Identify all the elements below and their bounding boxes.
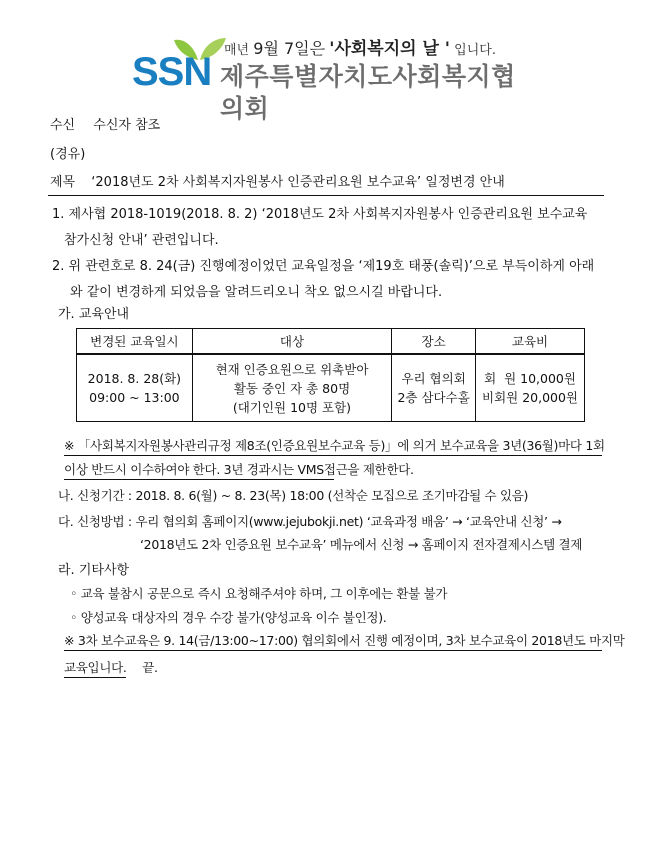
header-place: 장소 bbox=[392, 329, 476, 355]
ssn-logo: SSN bbox=[132, 52, 211, 92]
date-line: 2018. 8. 28(화) bbox=[77, 369, 192, 388]
time-line: 09:00 ~ 13:00 bbox=[77, 388, 192, 407]
organization-name: 제주특별자치도사회복지협의회 bbox=[220, 61, 528, 125]
notice-1-underline-1 bbox=[64, 455, 602, 456]
bullet-training: ◦ 양성교육 대상자의 경우 수강 불가(양성교육 이수 불인정). bbox=[70, 609, 386, 627]
target-line-3: (대기인원 10명 포함) bbox=[193, 398, 391, 417]
notice-1-line-2: 이상 반드시 이수하여야 한다. 3년 경과시는 VMS접근을 제한한다. bbox=[64, 461, 414, 479]
bullet-refund: ◦ 교육 불참시 공문으로 즉시 요청해주셔야 하며, 그 이후에는 환불 불가 bbox=[70, 585, 447, 603]
section-da-method-line-1: 다. 신청방법 : 우리 협의회 홈페이지(www.jejubokji.net)… bbox=[58, 513, 562, 531]
header-date: 변경된 교육일시 bbox=[77, 329, 193, 355]
paragraph-2-line-2: 와 같이 변경하게 되었음을 알려드리오니 착오 없으시길 바랍니다. bbox=[70, 284, 442, 302]
education-info-table: 변경된 교육일시 대상 장소 교육비 2018. 8. 28(화) 09:00 … bbox=[76, 328, 585, 422]
notice-1-line-1: ※ 「사회복지자원봉사관리규정 제8조(인증요원보수교육 등)」에 의거 보수교… bbox=[64, 437, 605, 455]
notice-2-closing: 교육입니다. bbox=[64, 660, 127, 675]
slogan-date: 9월 7일은 bbox=[253, 39, 325, 58]
notice-1-underline-2 bbox=[64, 479, 334, 480]
header-target: 대상 bbox=[192, 329, 391, 355]
slogan-highlight: '사회복지의 날 ' bbox=[329, 39, 450, 59]
fee-nonmember: 비회원 20,000원 bbox=[476, 388, 584, 407]
notice-2-underline-1 bbox=[64, 650, 602, 651]
via-line: (경유) bbox=[50, 146, 85, 164]
place-line-2: 2층 삼다수홀 bbox=[392, 388, 475, 407]
cell-fee: 회 원 10,000원 비회원 20,000원 bbox=[476, 354, 585, 422]
slogan: 매년 9월 7일은 '사회복지의 날 ' 입니다. bbox=[224, 38, 496, 62]
place-line-1: 우리 협의회 bbox=[392, 369, 475, 388]
cell-date: 2018. 8. 28(화) 09:00 ~ 13:00 bbox=[77, 354, 193, 422]
header-fee: 교육비 bbox=[476, 329, 585, 355]
target-line-2: 활동 중인 자 총 80명 bbox=[193, 379, 391, 398]
slogan-prefix: 매년 bbox=[224, 43, 249, 58]
subject-value: ‘2018년도 2차 사회복지자원봉사 인증관리요원 보수교육’ 일정변경 안내 bbox=[91, 175, 504, 190]
notice-2-line-2: 교육입니다. 끝. bbox=[64, 659, 158, 677]
table-header-row: 변경된 교육일시 대상 장소 교육비 bbox=[77, 329, 585, 355]
cell-target: 현재 인증요원으로 위촉받아 활동 중인 자 총 80명 (대기인원 10명 포… bbox=[192, 354, 391, 422]
subject-line: 제목 ‘2018년도 2차 사회복지자원봉사 인증관리요원 보수교육’ 일정변경… bbox=[50, 174, 505, 192]
table-row: 2018. 8. 28(화) 09:00 ~ 13:00 현재 인증요원으로 위… bbox=[77, 354, 585, 422]
letterhead: SSN 매년 9월 7일은 '사회복지의 날 ' 입니다. 제주특별자치도사회복… bbox=[128, 36, 528, 96]
target-line-1: 현재 인증요원으로 위촉받아 bbox=[193, 360, 391, 379]
subject-label: 제목 bbox=[50, 175, 75, 190]
slogan-suffix: 입니다. bbox=[454, 43, 496, 58]
section-ga-heading: 가. 교육안내 bbox=[58, 306, 129, 324]
recipient-label: 수신 bbox=[50, 118, 75, 133]
paragraph-1-line-1: 1. 제사협 2018-1019(2018. 8. 2) ‘2018년도 2차 … bbox=[52, 206, 587, 224]
subject-divider bbox=[48, 195, 604, 196]
section-ra-heading: 라. 기타사항 bbox=[58, 562, 129, 580]
recipient-line: 수신 수신자 참조 bbox=[50, 117, 160, 135]
cell-place: 우리 협의회 2층 삼다수홀 bbox=[392, 354, 476, 422]
notice-2-line-1: ※ 3차 보수교육은 9. 14(금/13:00~17:00) 협의회에서 진행… bbox=[64, 632, 625, 650]
end-mark: 끝. bbox=[142, 660, 157, 675]
section-da-method-line-2: ‘2018년도 2차 인증요원 보수교육’ 메뉴에서 신청 → 홈페이지 전자결… bbox=[140, 536, 582, 554]
notice-2-underline-2 bbox=[64, 677, 126, 678]
section-na-period: 나. 신청기간 : 2018. 8. 6(월) ~ 8. 23(목) 18:00… bbox=[58, 487, 528, 505]
recipient-value: 수신자 참조 bbox=[93, 118, 160, 133]
paragraph-1-line-2: 참가신청 안내’ 관련입니다. bbox=[64, 232, 219, 250]
paragraph-2-line-1: 2. 위 관련호로 8. 24(금) 진행예정이었던 교육일정을 ‘제19호 태… bbox=[52, 258, 594, 276]
fee-member: 회 원 10,000원 bbox=[476, 369, 584, 388]
